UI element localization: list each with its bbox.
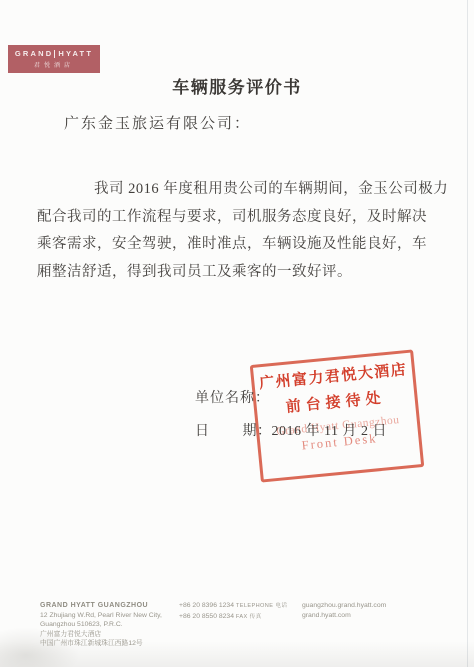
footer-fax-line: +86 20 8550 8234 FAX 传真 <box>179 612 287 623</box>
footer-address-line-1: 12 Zhujiang W.Rd, Pearl River New City, <box>40 611 162 621</box>
date-label-part1: 日 <box>195 424 210 439</box>
body-line-1: 我司 2016 年度租用贵公司的车辆期间，金玉公司极力 <box>37 176 432 204</box>
footer-web-line-1: guangzhou.grand.hyatt.com <box>302 601 386 611</box>
footer-phone-suffix: TELEPHONE 电话 <box>236 603 287 609</box>
official-stamp: 广州富力君悦大酒店 前台接待处 Grand Hyatt Guangzhou Fr… <box>250 349 425 482</box>
body-line-3: 乘客需求，安全驾驶，准时准点，车辆设施及性能良好，车 <box>37 231 432 259</box>
addressee-line: 广东金玉旅运有限公司： <box>64 112 251 133</box>
footer-web-column: guangzhou.grand.hyatt.com grand.hyatt.co… <box>302 601 386 620</box>
footer-phone-number: +86 20 8396 1234 <box>179 602 234 609</box>
footer-address-column: GRAND HYATT GUANGZHOU 12 Zhujiang W.Rd, … <box>40 601 162 649</box>
stamp-hotel-name-cn: 广州富力君悦大酒店 <box>258 358 408 393</box>
body-line-2: 配合我司的工作流程与要求，司机服务态度良好，及时解决 <box>37 204 432 232</box>
footer-address-line-4: 中国广州市珠江新城珠江西路12号 <box>40 639 162 649</box>
body-line-4: 厢整洁舒适，得到我司员工及乘客的一致好评。 <box>37 259 432 287</box>
logo-divider <box>54 50 55 58</box>
logo-brand-right: HYATT <box>58 49 93 58</box>
footer-web-line-2: grand.hyatt.com <box>302 611 386 621</box>
footer-hotel-name: GRAND HYATT GUANGZHOU <box>40 601 162 611</box>
footer-contact-column: +86 20 8396 1234 TELEPHONE 电话 +86 20 855… <box>179 601 287 622</box>
scan-edge-line <box>467 0 468 667</box>
footer-address-line-3: 广州富力君悦大酒店 <box>40 630 162 640</box>
footer-fax-suffix: FAX 传真 <box>236 614 262 620</box>
logo-brand-left: GRAND <box>15 49 54 58</box>
date-line: 日期：2016 年 11 月 2 日 <box>195 420 387 440</box>
footer-fax-number: +86 20 8550 8234 <box>179 613 234 620</box>
letter-body: 我司 2016 年度租用贵公司的车辆期间，金玉公司极力 配合我司的工作流程与要求… <box>37 176 432 286</box>
date-value: 2016 年 11 月 2 日 <box>272 424 387 439</box>
stamp-department-cn: 前台接待处 <box>285 386 387 416</box>
footer-phone-line: +86 20 8396 1234 TELEPHONE 电话 <box>179 601 287 612</box>
scanned-letter-page: GRAND HYATT 君悦酒店 车辆服务评价书 广东金玉旅运有限公司： 我司 … <box>0 0 474 667</box>
logo-wordmark: GRAND HYATT <box>15 49 93 58</box>
date-label-part2: 期： <box>243 424 272 439</box>
grand-hyatt-logo: GRAND HYATT 君悦酒店 <box>8 45 100 73</box>
unit-name-label: 单位名称： <box>195 387 270 407</box>
footer-address-line-2: Guangzhou 510623, P.R.C. <box>40 620 162 630</box>
logo-chinese-name: 君悦酒店 <box>34 60 74 69</box>
letter-title: 车辆服务评价书 <box>0 73 474 98</box>
